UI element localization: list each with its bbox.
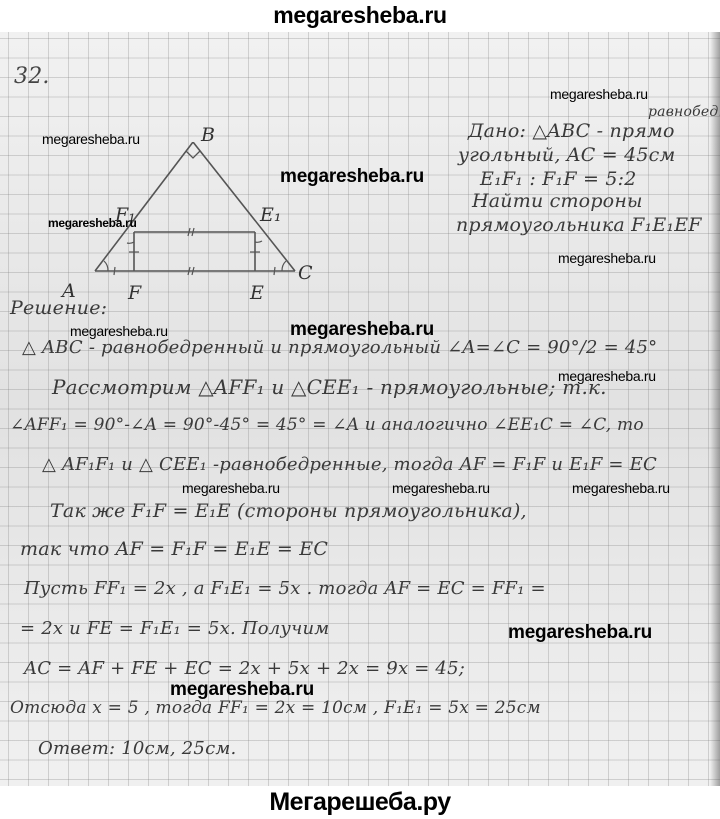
watermark: megaresheba.ru — [392, 480, 490, 496]
answer-line: Ответ: 10см, 25см. — [38, 738, 236, 759]
solution-line: Так же F₁F = E₁E (стороны прямоугольника… — [50, 500, 527, 522]
given-line-3: E₁F₁ : F₁F = 5:2 — [480, 168, 637, 190]
solution-line: Рассмотрим △AFF₁ и △CEE₁ - прямоугольные… — [52, 375, 607, 399]
given-line-4: Найти стороны — [472, 190, 643, 212]
watermark: megaresheba.ru — [558, 250, 656, 266]
notebook-page: 32. — [0, 32, 720, 786]
given-line-1: Дано: △ABC - прямо — [468, 120, 675, 142]
point-label-e1: E₁ — [260, 204, 282, 226]
watermark: megaresheba.ru — [48, 216, 137, 230]
watermark: megaresheba.ru — [290, 319, 434, 341]
given-note-isosceles: равнобед. — [648, 104, 720, 120]
solution-line: AC = AF + FE + EC = 2x + 5x + 2x = 9x = … — [24, 658, 465, 679]
vertex-label-b: B — [201, 124, 215, 146]
watermark: megaresheba.ru — [550, 86, 648, 102]
point-label-e: E — [250, 282, 264, 304]
watermark: megaresheba.ru — [70, 323, 168, 339]
solution-line: △ AF₁F₁ и △ CEE₁ -равнобедренные, тогда … — [42, 454, 657, 475]
solution-line: = 2x и FE = F₁E₁ = 5x. Получим — [20, 618, 329, 639]
site-footer-watermark: Мегарешеба.ру — [0, 786, 720, 819]
solution-line: Пусть FF₁ = 2x , а F₁E₁ = 5x . тогда AF … — [24, 578, 546, 599]
watermark: megaresheba.ru — [558, 368, 656, 384]
given-line-2: угольный, AC = 45см — [458, 144, 675, 166]
problem-number: 32. — [14, 64, 50, 89]
vertex-label-c: C — [298, 262, 313, 284]
watermark: megaresheba.ru — [170, 679, 314, 701]
watermark: megaresheba.ru — [182, 480, 280, 496]
site-header-watermark: megaresheba.ru — [0, 0, 720, 32]
solution-line: так что AF = F₁F = E₁E = EC — [20, 538, 328, 560]
solution-heading: Решение: — [10, 297, 107, 319]
watermark: megaresheba.ru — [42, 131, 140, 147]
solution-line: ∠AFF₁ = 90°-∠A = 90°-45° = 45° = ∠A и ан… — [10, 415, 644, 435]
point-label-f: F — [128, 282, 141, 304]
watermark: megaresheba.ru — [572, 480, 670, 496]
solution-line: Отсюда x = 5 , тогда FF₁ = 2x = 10см , F… — [10, 698, 541, 718]
watermark: megaresheba.ru — [508, 622, 652, 644]
watermark: megaresheba.ru — [280, 166, 424, 188]
given-line-5: прямоугольника F₁E₁EF — [456, 214, 702, 236]
